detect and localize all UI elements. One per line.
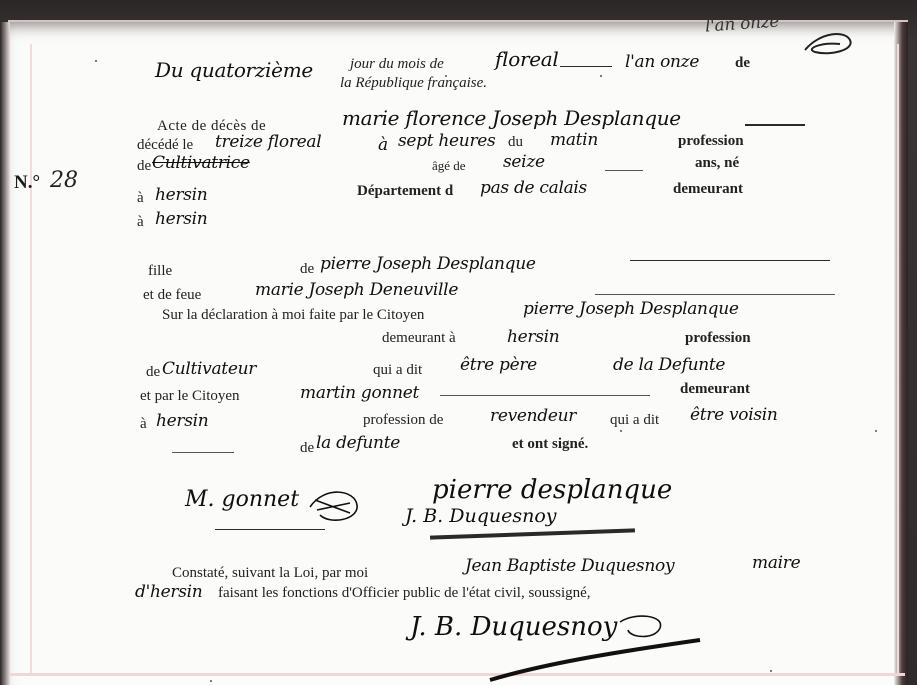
declarant1-profession: Cultivateur — [162, 359, 256, 379]
deceased-name: marie florence Joseph Desplanque — [342, 106, 681, 130]
demeurant-a-label: demeurant à — [382, 330, 456, 347]
ans-ne-label: ans, né — [695, 155, 739, 172]
signature-underline-1 — [215, 529, 325, 530]
deceased-profession: Cultivatrice — [152, 153, 250, 173]
printed-jour-du-mois: jour du mois de — [350, 56, 444, 73]
declarant2-residence: hersin — [156, 411, 208, 431]
signature-duquesnoy-1: J. B. Duquesnoy — [405, 505, 557, 527]
ont-signe-label: et ont signé. — [512, 436, 588, 453]
mother-prefix: et de feue — [143, 287, 201, 304]
day-handwritten: Du quatorzième — [155, 58, 313, 82]
fils-label: fille — [148, 263, 172, 280]
residence-label: à — [137, 214, 144, 231]
mother-name: marie Joseph Deneuville — [255, 280, 458, 300]
scan-speck — [875, 430, 877, 432]
officer-place: d'hersin — [135, 582, 202, 602]
fonctions-label: faisant les fonctions d'Officier public … — [218, 585, 591, 602]
demeurant-label: demeurant — [673, 181, 743, 198]
declarant2-residence-prefix: à — [140, 416, 147, 433]
name-rule — [745, 124, 805, 126]
qui-a-dit-label-2: qui a dit — [610, 412, 659, 429]
age-rule — [605, 170, 643, 171]
mother-rule — [595, 294, 835, 295]
death-date: treize floreal — [215, 132, 321, 152]
du-label: du — [508, 134, 523, 151]
father-prefix: de — [300, 261, 314, 278]
flourish-icon — [800, 22, 860, 62]
scan-speck — [95, 60, 97, 62]
printed-republique: la République française. — [340, 75, 487, 92]
birth-place-label: à — [137, 190, 144, 207]
declarant1-relation-suffix: de la Defunte — [613, 355, 725, 375]
signature-flourish-icon — [305, 485, 365, 530]
declarant2-relation: être voisin — [690, 405, 778, 425]
signature-desplanque: pierre desplanque — [432, 475, 672, 505]
death-at-label: à — [378, 135, 388, 155]
paper-left-edge — [0, 22, 10, 685]
death-time: sept heures — [398, 131, 495, 151]
year-handwritten: l'an onze — [625, 52, 699, 72]
de-label: de — [137, 158, 151, 175]
record-number: 28 — [50, 168, 78, 193]
decede-label: décédé le — [137, 137, 193, 154]
scan-speck — [620, 430, 622, 432]
declarant1-residence: hersin — [507, 327, 559, 347]
month-handwritten: floreal — [495, 47, 558, 71]
officer-name: Jean Baptiste Duquesnoy — [465, 556, 674, 576]
constate-label: Constaté, suivant la Loi, par moi — [172, 565, 368, 582]
profession-label-2: profession — [685, 330, 751, 347]
et-par-label: et par le Citoyen — [140, 388, 240, 405]
profession-label: profession — [678, 133, 744, 150]
declarant2-profession: revendeur — [490, 406, 576, 426]
departement: pas de calais — [480, 178, 587, 198]
matin: matin — [550, 130, 598, 150]
left-short-rule — [172, 452, 234, 453]
qui-a-dit-label: qui a dit — [373, 362, 422, 379]
birth-place: hersin — [155, 185, 207, 205]
declarant1-prefix: de — [146, 364, 160, 381]
declaration-label: Sur la déclaration à moi faite par le Ci… — [162, 307, 424, 324]
month-rule — [560, 66, 612, 67]
signature-gonnet: M. gonnet — [185, 487, 299, 512]
paper-right-edge — [894, 22, 908, 685]
scan-speck — [445, 75, 447, 77]
father-rule — [630, 260, 830, 261]
scan-speck — [770, 670, 772, 672]
declarant2-relation-suffix: la defunte — [316, 433, 400, 453]
scan-speck — [210, 680, 212, 682]
age-label: âgé de — [432, 158, 466, 174]
declarant2-relation-suffix-prefix: de — [300, 440, 314, 457]
profession-de-label: profession de — [363, 412, 443, 429]
demeurant-label-2: demeurant — [680, 381, 750, 398]
final-signature-underline-icon — [470, 610, 710, 685]
page-bottom-rule — [10, 673, 905, 676]
declarant1-relation: être père — [460, 355, 537, 375]
declarant2-rule — [440, 395, 650, 396]
printed-de: de — [735, 55, 750, 72]
scan-speck — [600, 75, 602, 77]
declarant2-name: martin gonnet — [300, 383, 419, 403]
record-number-label: N.° — [14, 172, 40, 194]
departement-label: Département d — [357, 183, 453, 200]
age: seize — [503, 152, 545, 172]
father-name: pierre Joseph Desplanque — [320, 254, 536, 274]
officer-title: maire — [752, 553, 800, 573]
residence: hersin — [155, 209, 207, 229]
declarant1-name: pierre Joseph Desplanque — [523, 299, 739, 319]
